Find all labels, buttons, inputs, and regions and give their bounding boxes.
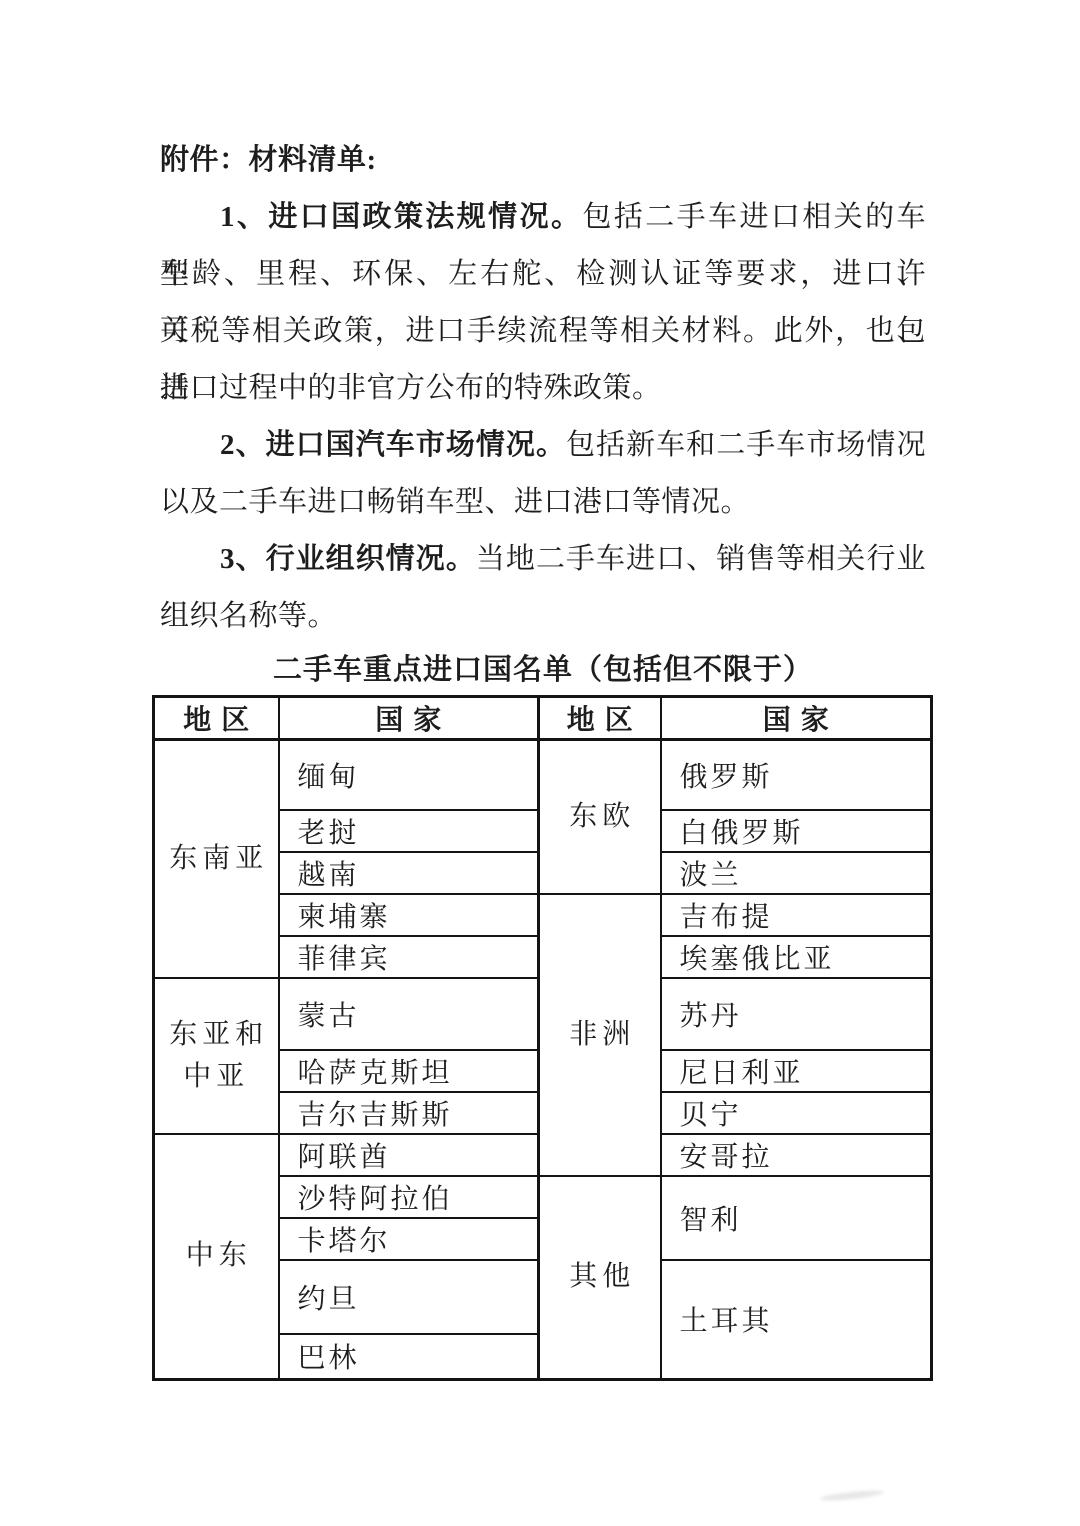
- document-text: 附件：材料清单: 1、进口国政策法规情况。包括二手车进口相关的车型、 车龄、里程…: [160, 132, 926, 695]
- region-cell-eastern-europe: 东欧: [539, 740, 661, 894]
- paragraph-lead: 3、行业组织情况。: [220, 543, 476, 575]
- paragraph-text: 当地二手车进口、销售等相关行业: [476, 543, 926, 575]
- paragraph-line: 车龄、里程、环保、左右舵、检测认证等要求，进口许可、: [160, 246, 926, 303]
- paragraph-line: 1、进口国政策法规情况。包括二手车进口相关的车型、: [160, 189, 926, 246]
- paragraph-text: 包括新车和二手车市场情况: [566, 429, 926, 461]
- country-cell: 土耳其: [661, 1260, 932, 1380]
- attachment-heading: 附件：材料清单:: [160, 132, 926, 189]
- country-cell: 巴林: [279, 1334, 539, 1380]
- country-cell: 卡塔尔: [279, 1218, 539, 1260]
- country-cell: 吉尔吉斯斯: [279, 1092, 539, 1134]
- country-cell: 菲律宾: [279, 936, 539, 978]
- paragraph-lead: 1、进口国政策法规情况。: [220, 201, 582, 233]
- country-cell: 苏丹: [661, 978, 932, 1050]
- header-region-right: 地区: [539, 697, 661, 740]
- paragraph-line: 以及二手车进口畅销车型、进口港口等情况。: [160, 474, 926, 531]
- country-cell: 安哥拉: [661, 1134, 932, 1176]
- paragraph-line: 组织名称等。: [160, 588, 926, 645]
- region-cell-middle-east: 中东: [154, 1134, 279, 1380]
- paragraph-line: 2、进口国汽车市场情况。包括新车和二手车市场情况: [160, 417, 926, 474]
- header-region-left: 地区: [154, 697, 279, 740]
- table-header-row: 地区 国家 地区 国家: [154, 697, 932, 740]
- table-row: 东南亚 缅甸 东欧 俄罗斯: [154, 740, 932, 810]
- header-country-right: 国家: [661, 697, 932, 740]
- paragraph-line: 3、行业组织情况。当地二手车进口、销售等相关行业: [160, 531, 926, 588]
- import-countries-table-wrap: 地区 国家 地区 国家 东南亚 缅甸 东欧 俄罗斯 老挝 白俄罗斯 越南 波兰 …: [152, 695, 930, 1381]
- country-cell: 约旦: [279, 1260, 539, 1334]
- table-title: 二手车重点进口国名单（包括但不限于）: [160, 645, 926, 695]
- country-cell: 智利: [661, 1176, 932, 1260]
- country-cell: 吉布提: [661, 894, 932, 936]
- country-cell: 白俄罗斯: [661, 810, 932, 852]
- country-cell: 哈萨克斯坦: [279, 1050, 539, 1092]
- country-cell: 埃塞俄比亚: [661, 936, 932, 978]
- country-cell: 阿联酋: [279, 1134, 539, 1176]
- document-page: 附件：材料清单: 1、进口国政策法规情况。包括二手车进口相关的车型、 车龄、里程…: [0, 0, 1080, 1526]
- paragraph-line: 关税等相关政策，进口手续流程等相关材料。此外，也包括: [160, 303, 926, 360]
- country-cell: 缅甸: [279, 740, 539, 810]
- paragraph-lead: 2、进口国汽车市场情况。: [220, 429, 566, 461]
- region-cell-east-central-asia: 东亚和 中亚: [154, 978, 279, 1134]
- header-country-left: 国家: [279, 697, 539, 740]
- region-cell-africa: 非洲: [539, 894, 661, 1176]
- country-cell: 贝宁: [661, 1092, 932, 1134]
- region-cell-other: 其他: [539, 1176, 661, 1380]
- scan-smudge-artifact: [820, 1489, 884, 1503]
- region-cell-southeast-asia: 东南亚: [154, 740, 279, 978]
- import-countries-table: 地区 国家 地区 国家 东南亚 缅甸 东欧 俄罗斯 老挝 白俄罗斯 越南 波兰 …: [152, 695, 933, 1381]
- country-cell: 老挝: [279, 810, 539, 852]
- country-cell: 尼日利亚: [661, 1050, 932, 1092]
- country-cell: 俄罗斯: [661, 740, 932, 810]
- country-cell: 沙特阿拉伯: [279, 1176, 539, 1218]
- country-cell: 柬埔寨: [279, 894, 539, 936]
- country-cell: 越南: [279, 852, 539, 894]
- country-cell: 蒙古: [279, 978, 539, 1050]
- paragraph-line: 进口过程中的非官方公布的特殊政策。: [160, 360, 926, 417]
- country-cell: 波兰: [661, 852, 932, 894]
